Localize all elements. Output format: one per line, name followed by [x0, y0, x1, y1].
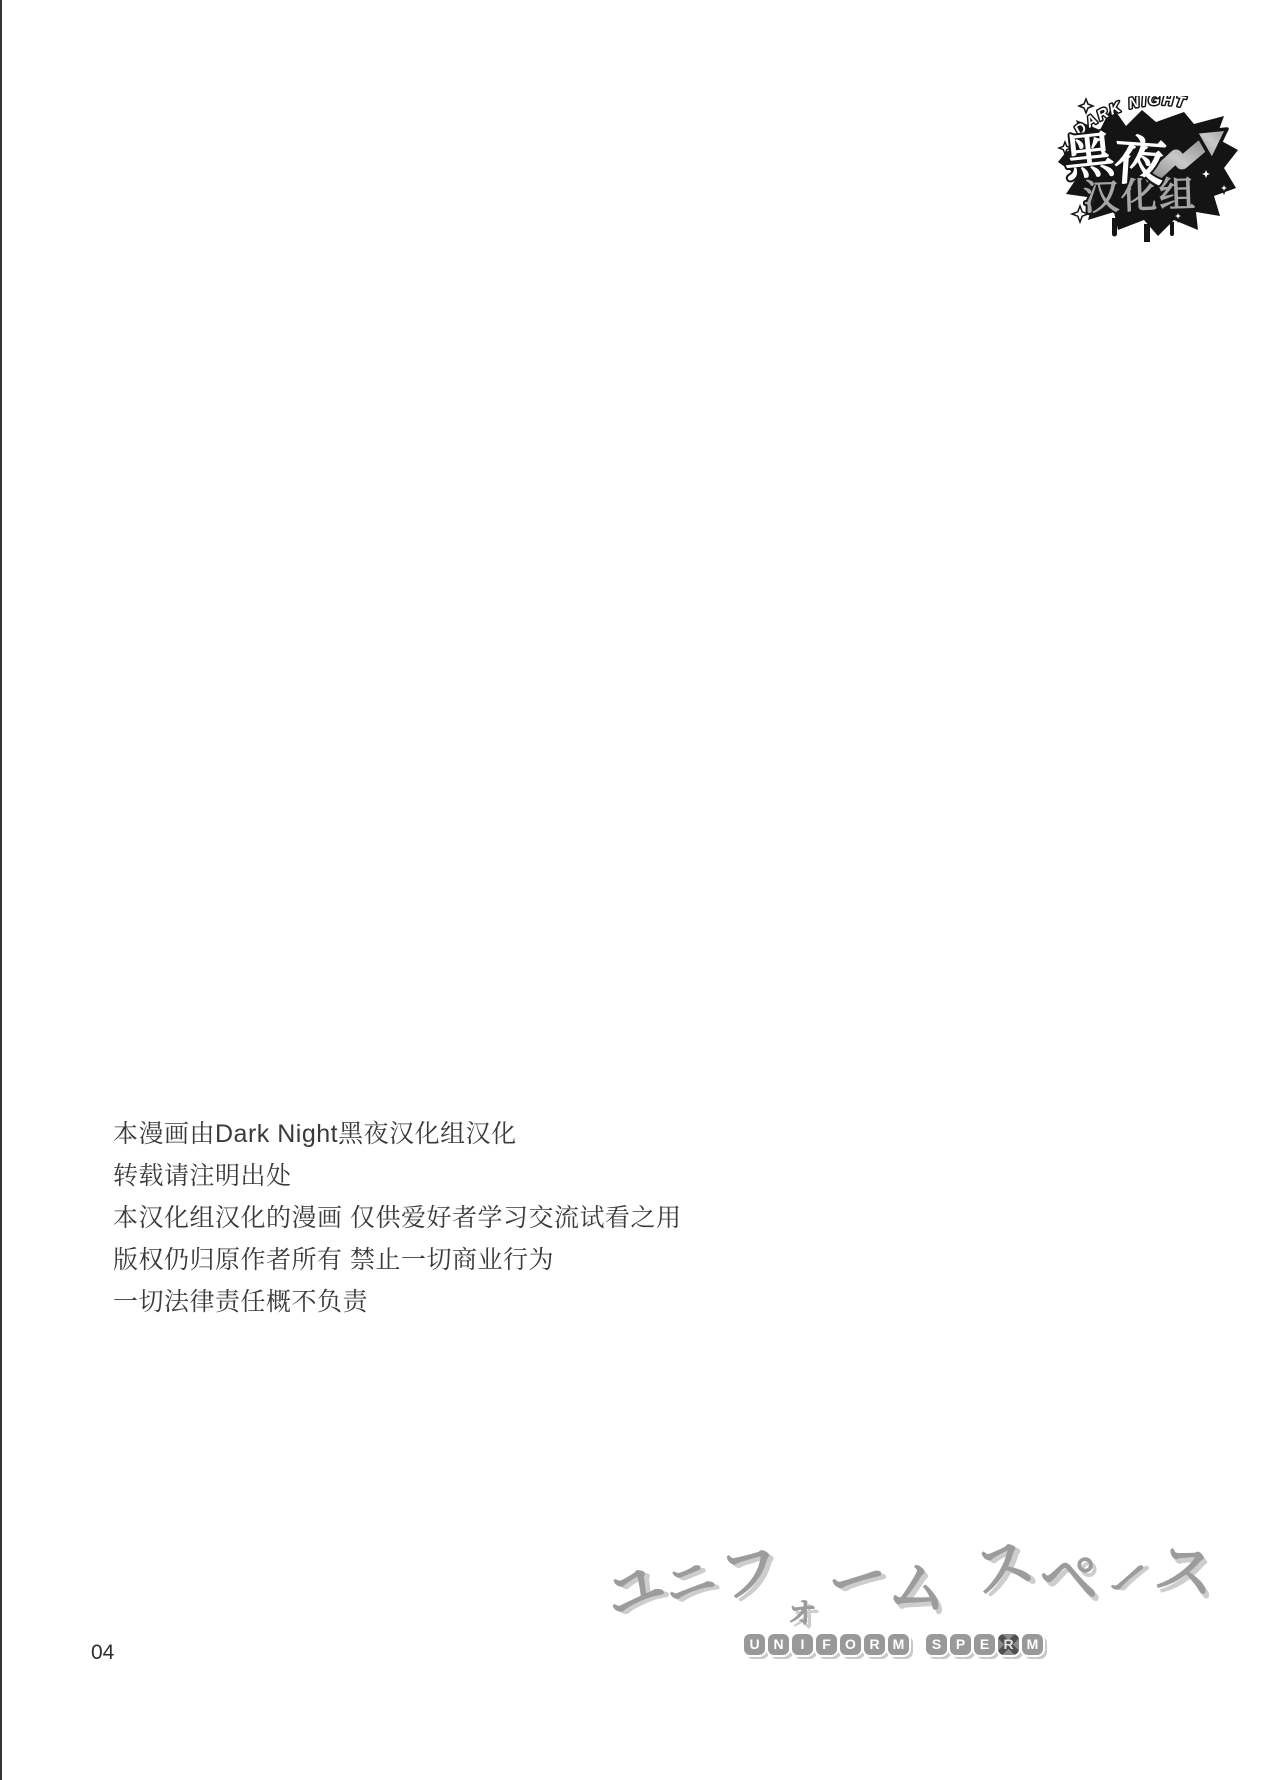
letter-tile: I — [792, 1634, 813, 1655]
letter-tile-crossed: R — [998, 1634, 1019, 1655]
scanned-page: DARK NIGHT 黑 夜 汉化组 本漫画由Dark Night黑夜汉化组汉化… — [0, 0, 1280, 1780]
credits-line: 本漫画由Dark Night黑夜汉化组汉化 — [113, 1113, 681, 1155]
ink-drip — [1144, 224, 1150, 242]
letter-tile: O — [840, 1634, 861, 1655]
series-title-logo: ユ ニ フ ォ ー ム ス ペ ー ス U N I F O R M S P E … — [598, 1542, 1138, 1677]
dark-night-logo-graphic: DARK NIGHT 黑 夜 汉化组 — [1056, 96, 1240, 242]
kana-char: ォ — [783, 1591, 821, 1629]
kana-char: ム — [885, 1554, 952, 1621]
letter-tile: P — [950, 1634, 971, 1655]
letter-tile: R — [864, 1634, 885, 1655]
page-number: 04 — [91, 1641, 114, 1665]
credits-line: 版权仍归原作者所有 禁止一切商业行为 — [113, 1239, 681, 1281]
letter-tile: S — [926, 1634, 947, 1655]
letter-tile: M — [888, 1634, 909, 1655]
kana-char: ス — [967, 1531, 1040, 1604]
kana-char: ー — [821, 1543, 894, 1616]
letter-tile: M — [1022, 1634, 1043, 1655]
credits-line: 本汉化组汉化的漫画 仅供爱好者学习交流试看之用 — [113, 1197, 681, 1239]
letter-tile: U — [744, 1634, 765, 1655]
credits-line: 转载请注明出处 — [113, 1155, 681, 1197]
logo-sub-title: 汉化组 — [1082, 173, 1197, 218]
letter-tile: F — [816, 1634, 837, 1655]
ink-drip — [1112, 218, 1117, 237]
credits-block: 本漫画由Dark Night黑夜汉化组汉化 转载请注明出处 本汉化组汉化的漫画 … — [113, 1113, 681, 1323]
kana-char: ス — [1150, 1538, 1219, 1607]
credits-line: 一切法律责任概不负责 — [113, 1281, 681, 1323]
page-left-edge-line — [0, 0, 2, 1780]
letter-tile: E — [974, 1634, 995, 1655]
ink-drip — [1170, 222, 1174, 236]
letter-tile: N — [768, 1634, 789, 1655]
kana-char: ペ — [1037, 1545, 1102, 1610]
series-title-kana: ユ ニ フ ォ ー ム ス ペ ー ス — [598, 1542, 1215, 1602]
kana-char: フ — [715, 1540, 783, 1608]
dark-night-group-logo: DARK NIGHT 黑 夜 汉化组 — [1056, 96, 1240, 242]
series-title-english: U N I F O R M S P E R M — [744, 1634, 1046, 1655]
